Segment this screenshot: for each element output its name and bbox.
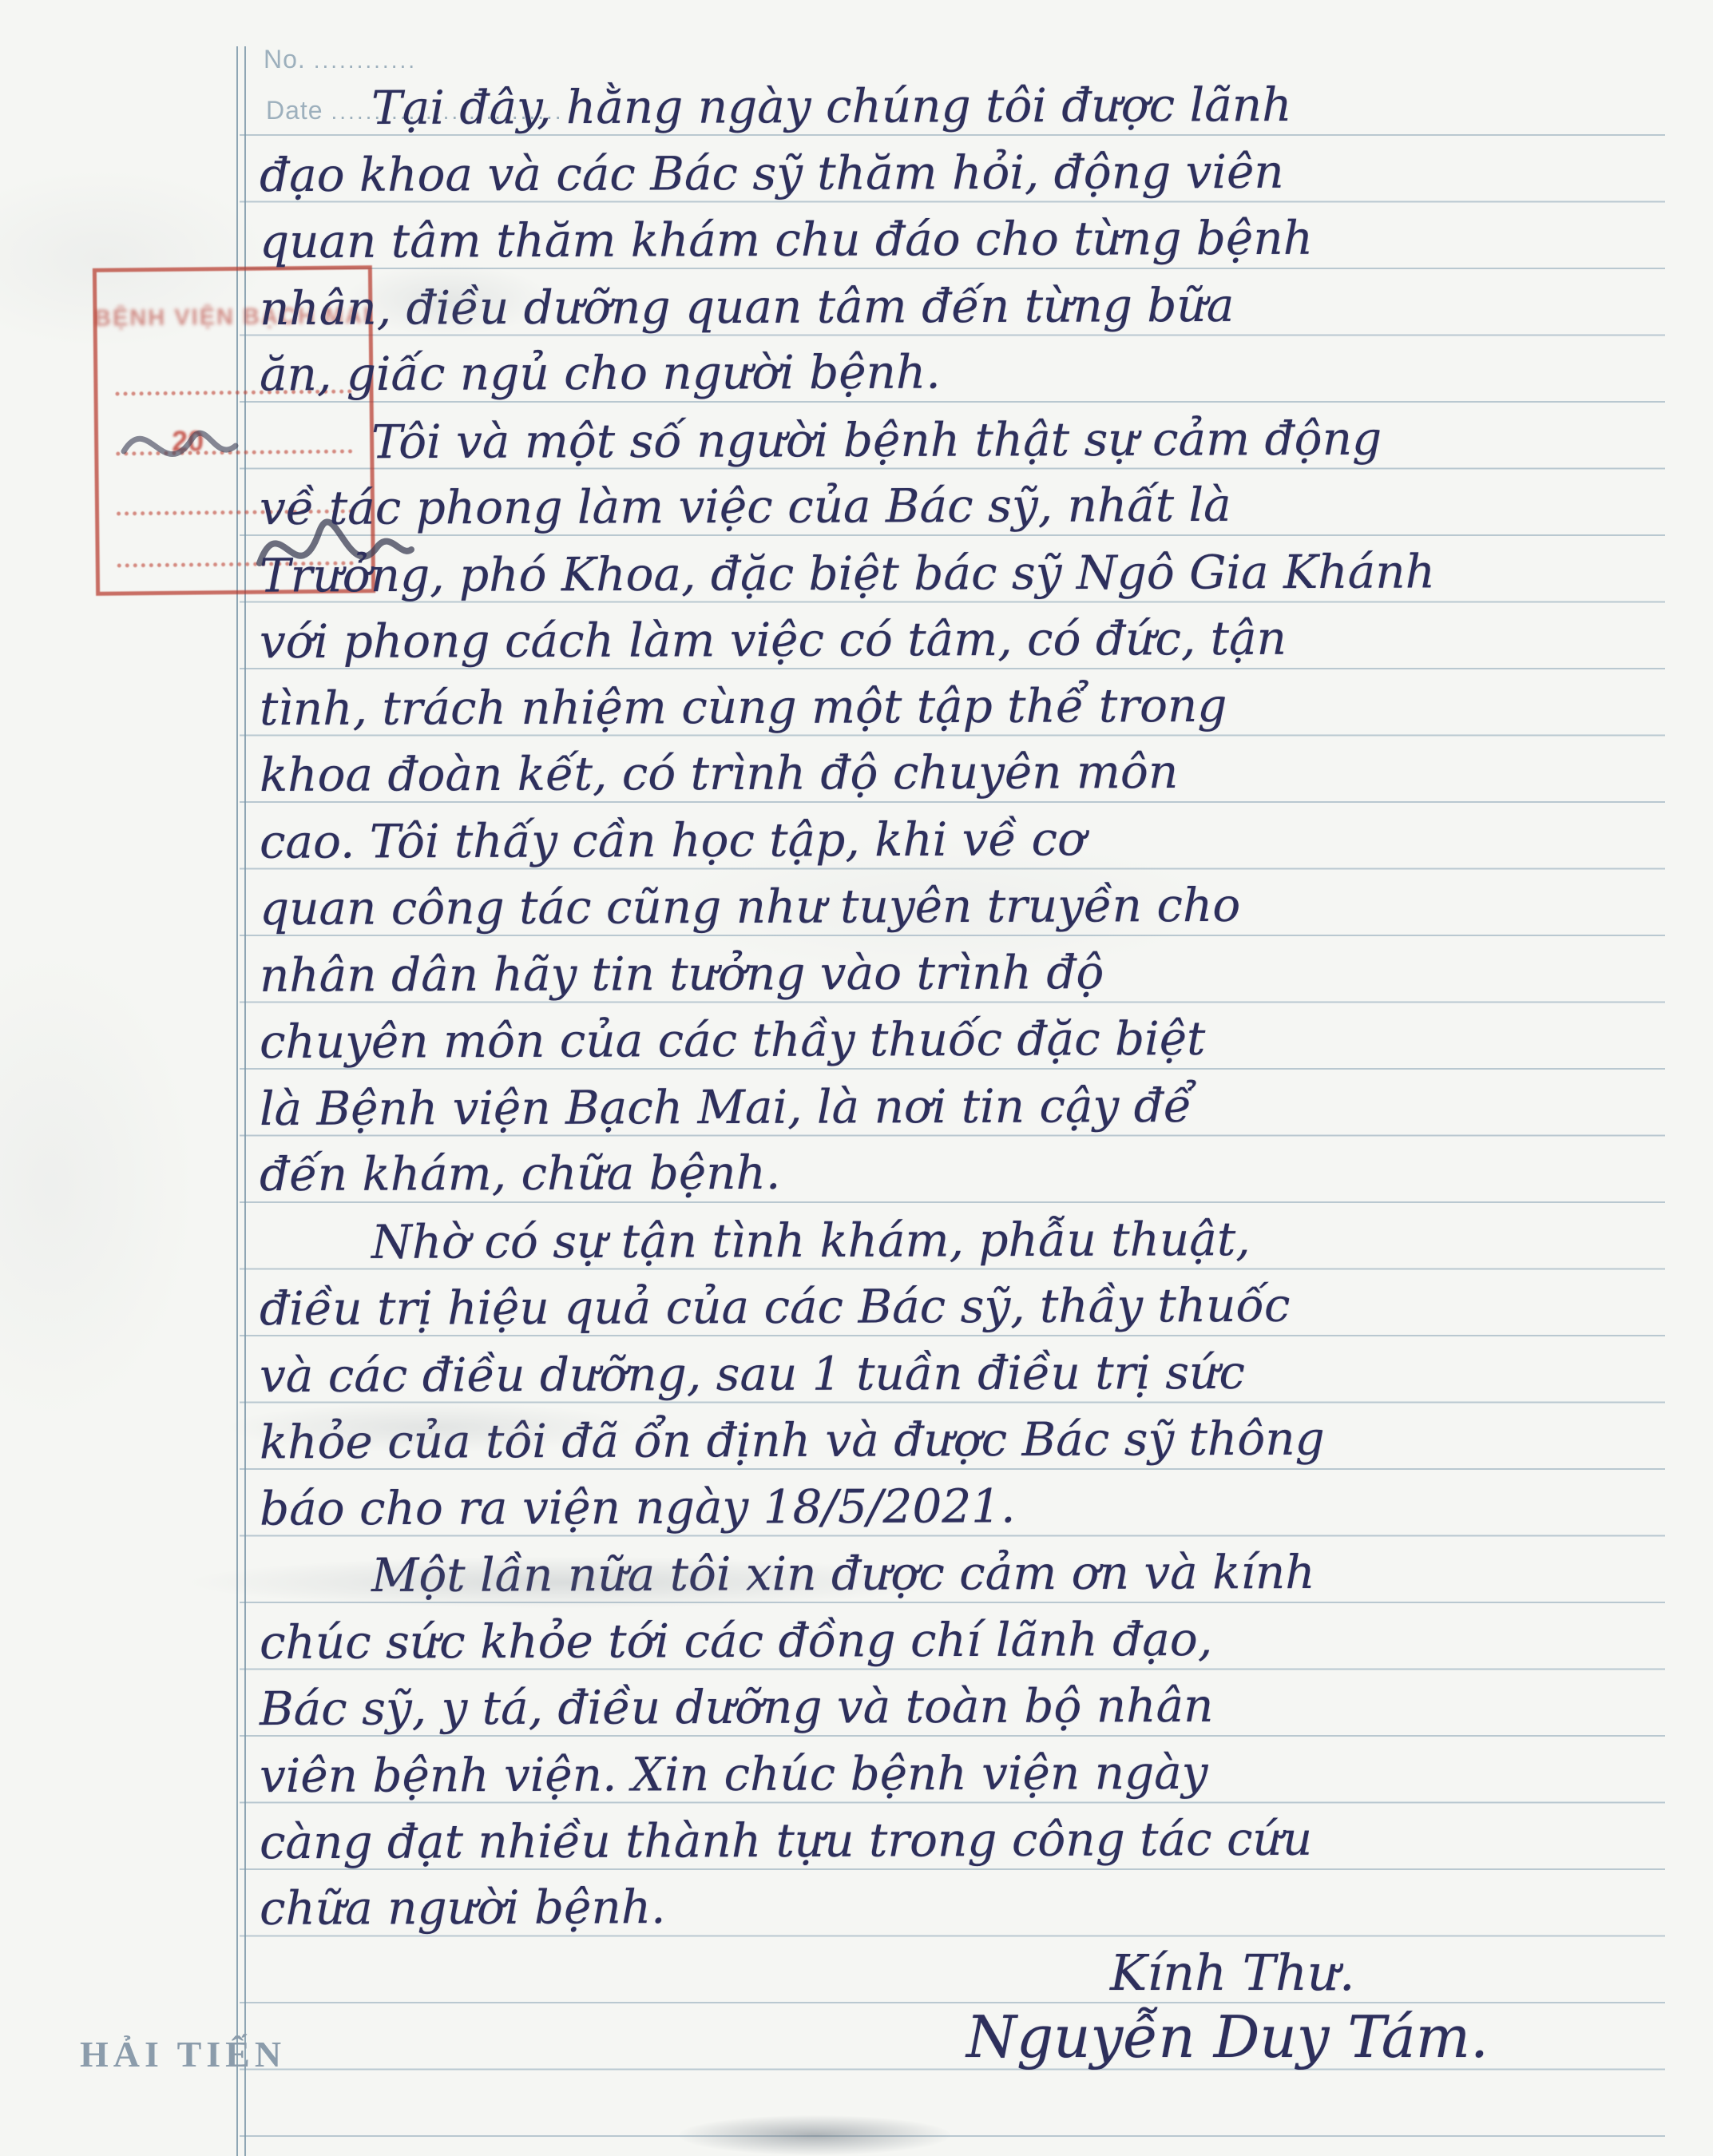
letter-line: Nhờ có sự tận tình khám, phẫu thuật,: [371, 1206, 1251, 1275]
letter-line: chúc sức khỏe tới các đồng chí lãnh đạo,: [260, 1606, 1213, 1674]
letter-line: Một lần nữa tôi xin được cảm ơn và kính: [371, 1539, 1315, 1608]
letter-line: viên bệnh viện. Xin chúc bệnh viện ngày: [260, 1739, 1208, 1808]
letter-line: điều trị hiệu quả của các Bác sỹ, thầy t…: [260, 1273, 1291, 1342]
letter-line: đạo khoa và các Bác sỹ thăm hỏi, động vi…: [260, 138, 1284, 207]
no-label: No.: [264, 45, 306, 73]
letter-line: chữa người bệnh.: [260, 1874, 666, 1941]
letter-line: với phong cách làm việc có tâm, có đức, …: [260, 606, 1287, 674]
signature-name: Nguyễn Duy Tám.: [966, 2003, 1489, 2071]
paper-brand-watermark: HẢI TIẾN: [80, 2033, 286, 2075]
letter-line: khỏe của tôi đã ổn định và được Bác sỹ t…: [260, 1406, 1325, 1475]
letter-line: quan tâm thăm khám chu đáo cho từng bệnh: [260, 205, 1313, 275]
letter-line: nhân dân hãy tin tưởng vào trình độ: [260, 939, 1104, 1008]
letter-line: là Bệnh viện Bạch Mai, là nơi tin cậy để: [260, 1072, 1192, 1141]
letter-line: đến khám, chữa bệnh.: [260, 1140, 781, 1207]
letter-line: Bác sỹ, y tá, điều dưỡng và toàn bộ nhân: [260, 1673, 1214, 1741]
letter-line: quan công tác cũng như tuyên truyền cho: [260, 872, 1240, 941]
scanned-letter-page: No. ............ Date ..................…: [0, 0, 1713, 2156]
stamp-dotted-line: [116, 449, 352, 455]
letter-line: khoa đoàn kết, có trình độ chuyên môn: [260, 739, 1179, 808]
letter-line: càng đạt nhiều thành tựu trong công tác …: [260, 1806, 1312, 1876]
letter-line: Tại đây, hằng ngày chúng tôi được lãnh: [371, 72, 1292, 141]
letter-line: Tôi và một số người bệnh thật sự cảm độn…: [371, 405, 1382, 474]
closing-salutation: Kính Thư.: [1110, 1940, 1355, 2007]
date-label: Date: [266, 96, 323, 125]
letter-line: về tác phong làm việc của Bác sỹ, nhất l…: [260, 472, 1231, 541]
stamp-year-fragment: 20: [172, 424, 204, 458]
letter-line: chuyên môn của các thầy thuốc đặc biệt: [260, 1006, 1206, 1074]
letter-line: và các điều dưỡng, sau 1 tuần điều trị s…: [260, 1339, 1245, 1408]
letter-line: cao. Tôi thấy cần học tập, khi về cơ: [260, 806, 1085, 875]
no-field: No. ............: [264, 45, 417, 74]
letter-line: nhân, điều dưỡng quan tâm đến từng bữa: [260, 272, 1235, 340]
letter-line: báo cho ra viện ngày 18/5/2021.: [260, 1473, 1016, 1541]
letter-line: Trưởng, phó Khoa, đặc biệt bác sỹ Ngô Gi…: [260, 538, 1435, 608]
letter-line: tình, trách nhiệm cùng một tập thể trong: [260, 672, 1227, 741]
no-dotted-line: ............: [314, 48, 417, 73]
letter-line: ăn, giấc ngủ cho người bệnh.: [260, 339, 941, 407]
